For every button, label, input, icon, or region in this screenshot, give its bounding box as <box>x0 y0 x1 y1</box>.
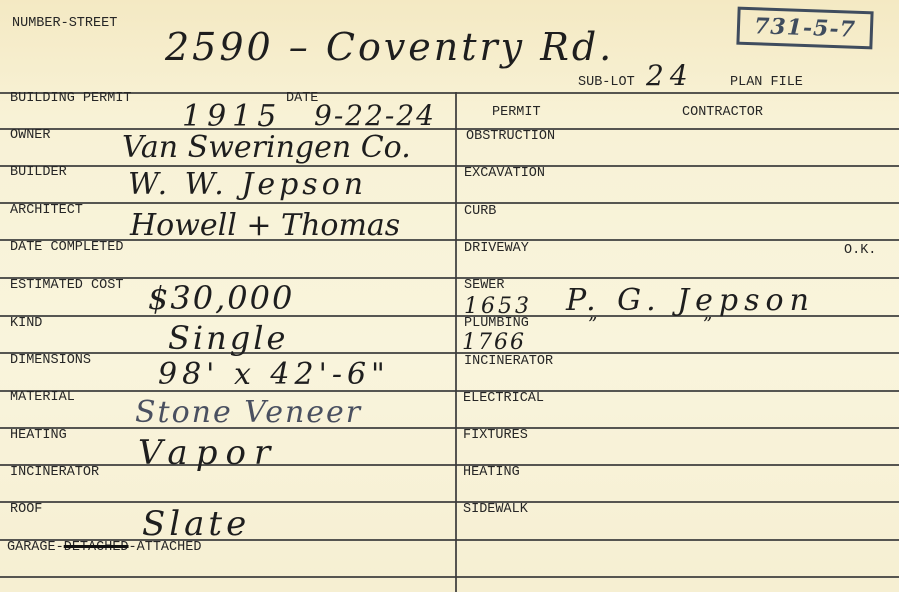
row-heating-label: HEATING <box>463 466 520 480</box>
date-completed-label: DATE COMPLETED <box>10 241 123 255</box>
owner-value: Van Sweringen Co. <box>122 133 411 163</box>
dimensions-label: DIMENSIONS <box>10 354 91 368</box>
building-permit-card: NUMBER-STREET 2590 – Coventry Rd. 731-5-… <box>0 0 899 592</box>
architect-value: Howell + Thomas <box>130 211 400 241</box>
garage-label-suffix: -ATTACHED <box>129 540 202 555</box>
roof-value: Slate <box>142 507 250 541</box>
rule <box>0 576 899 578</box>
building-permit-label: BUILDING PERMIT <box>10 92 132 106</box>
architect-label: ARCHITECT <box>10 204 83 218</box>
heating-label: HEATING <box>10 429 67 443</box>
owner-label: OWNER <box>10 129 51 143</box>
builder-label: BUILDER <box>10 166 67 180</box>
rule <box>0 390 899 392</box>
heating-value: Vapor <box>138 436 278 470</box>
garage-label-prefix: GARAGE- <box>7 540 64 555</box>
rule <box>0 501 899 503</box>
stamp-number: 731-5-7 <box>754 13 857 43</box>
material-label: MATERIAL <box>10 391 75 405</box>
date-value: 9-22-24 <box>314 102 436 130</box>
contractor-header: CONTRACTOR <box>682 106 763 120</box>
building-permit-value: 1915 <box>182 102 282 132</box>
number-street-label: NUMBER-STREET <box>12 17 117 31</box>
row-excavation-label: EXCAVATION <box>464 167 545 181</box>
row-sewer-label: SEWER <box>464 279 505 293</box>
number-street-value: 2590 – Coventry Rd. <box>165 28 614 66</box>
stamp-box: 731-5-7 <box>736 7 873 50</box>
dimensions-value: 98' x 42'-6" <box>158 360 390 390</box>
row-plumbing-permit-no: 1766 <box>462 332 526 354</box>
row-incinerator-label: INCINERATOR <box>464 355 553 369</box>
garage-label-struck: DETACHED <box>64 540 129 555</box>
plan-file-label: PLAN FILE <box>730 76 803 90</box>
row-driveway-label: DRIVEWAY <box>464 242 529 256</box>
column-divider <box>455 92 457 592</box>
row-plumbing-label: PLUMBING <box>464 317 529 331</box>
incinerator-label: INCINERATOR <box>10 466 99 480</box>
row-sewer-permit-no: 1653 <box>464 296 532 318</box>
material-value: Stone Veneer <box>135 398 362 428</box>
garage-label: GARAGE-DETACHED-ATTACHED <box>7 541 201 555</box>
roof-label: ROOF <box>10 503 42 517</box>
row-obstruction-label: OBSTRUCTION <box>466 130 555 144</box>
row-driveway-contractor: O.K. <box>844 244 876 258</box>
rule <box>0 464 899 466</box>
kind-value: Single <box>168 322 288 354</box>
row-sewer-contractor: P. G. Jepson <box>566 286 815 316</box>
row-electrical-label: ELECTRICAL <box>463 392 544 406</box>
estimated-cost-value: $30,000 <box>148 282 294 314</box>
row-plumbing-contractor: ” ” <box>588 316 762 334</box>
kind-label: KIND <box>10 317 42 331</box>
estimated-cost-label: ESTIMATED COST <box>10 279 123 293</box>
rule <box>0 202 899 204</box>
rule <box>0 92 899 94</box>
sub-lot-label: SUB-LOT <box>578 76 635 90</box>
sub-lot-value: 24 <box>646 62 694 90</box>
rule <box>0 352 899 354</box>
row-fixtures-label: FIXTURES <box>463 429 528 443</box>
rule <box>0 277 899 279</box>
builder-value: W. W. Jepson <box>128 170 367 200</box>
row-sidewalk-label: SIDEWALK <box>463 503 528 517</box>
permit-header: PERMIT <box>492 106 541 120</box>
row-curb-label: CURB <box>464 205 496 219</box>
